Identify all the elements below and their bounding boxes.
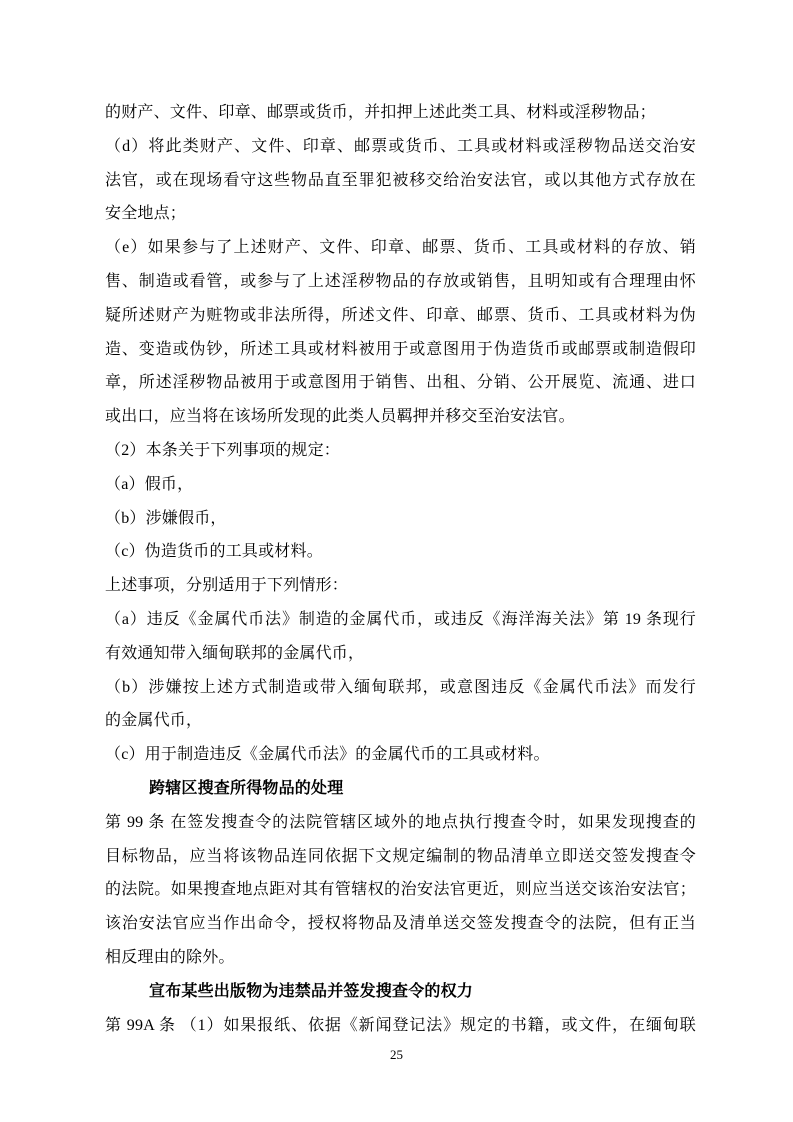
text-line: 上述事项，分别适用于下列情形： xyxy=(105,569,696,603)
text-line: 第 99A 条 （1）如果报纸、依据《新闻登记法》规定的书籍，或文件，在缅甸联 xyxy=(105,1009,696,1043)
document-body: 的财产、文件、印章、邮票或货币，并扣押上述此类工具、材料或淫秽物品；（d）将此类… xyxy=(105,96,696,1042)
text-line: 造、变造或伪钞，所述工具或材料被用于或意图用于伪造货币或邮票或制造假印 xyxy=(105,333,696,367)
text-line: 或出口，应当将在该场所发现的此类人员羁押并移交至治安法官。 xyxy=(105,400,696,434)
text-line: （2）本条关于下列事项的规定： xyxy=(105,434,696,468)
text-line: 章，所述淫秽物品被用于或意图用于销售、出租、分销、公开展览、流通、进口 xyxy=(105,366,696,400)
section-heading: 跨辖区搜查所得物品的处理 xyxy=(105,772,740,806)
text-line: 法官，或在现场看守这些物品直至罪犯被移交给治安法官，或以其他方式存放在 xyxy=(105,164,696,198)
text-line: 相反理由的除外。 xyxy=(105,941,696,975)
text-line: （d）将此类财产、文件、印章、邮票或货币、工具或材料或淫秽物品送交治安 xyxy=(105,130,696,164)
text-line: 的法院。如果搜查地点距对其有管辖权的治安法官更近，则应当送交该治安法官； xyxy=(105,873,696,907)
text-line: 疑所述财产为赃物或非法所得，所述文件、印章、邮票、货币、工具或材料为伪 xyxy=(105,299,696,333)
text-line: （e）如果参与了上述财产、文件、印章、邮票、货币、工具或材料的存放、销 xyxy=(105,231,696,265)
text-line: 售、制造或看管，或参与了上述淫秽物品的存放或销售，且明知或有合理理由怀 xyxy=(105,265,696,299)
text-line: 该治安法官应当作出命令，授权将物品及清单送交签发搜查令的法院，但有正当 xyxy=(105,907,696,941)
page-number: 25 xyxy=(390,1047,403,1062)
document-page: 的财产、文件、印章、邮票或货币，并扣押上述此类工具、材料或淫秽物品；（d）将此类… xyxy=(0,0,793,1122)
text-line: 目标物品，应当将该物品连同依据下文规定编制的物品清单立即送交签发搜查令 xyxy=(105,840,696,874)
page-footer: 25 xyxy=(0,1046,793,1064)
text-line: （b）涉嫌假币， xyxy=(105,502,696,536)
text-line: （a）违反《金属代币法》制造的金属代币，或违反《海洋海关法》第 19 条现行 xyxy=(105,603,696,637)
text-line: 的财产、文件、印章、邮票或货币，并扣押上述此类工具、材料或淫秽物品； xyxy=(105,96,696,130)
text-line: 第 99 条 在签发搜查令的法院管辖区域外的地点执行搜查令时，如果发现搜查的 xyxy=(105,806,696,840)
text-line: （c）伪造货币的工具或材料。 xyxy=(105,535,696,569)
text-line: 的金属代币， xyxy=(105,704,696,738)
text-line: 安全地点； xyxy=(105,197,696,231)
text-line: （a）假币， xyxy=(105,468,696,502)
text-line: 有效通知带入缅甸联邦的金属代币， xyxy=(105,637,696,671)
section-heading: 宣布某些出版物为违禁品并签发搜查令的权力 xyxy=(105,975,740,1009)
text-line: （c）用于制造违反《金属代币法》的金属代币的工具或材料。 xyxy=(105,738,696,772)
text-line: （b）涉嫌按上述方式制造或带入缅甸联邦，或意图违反《金属代币法》而发行 xyxy=(105,671,696,705)
